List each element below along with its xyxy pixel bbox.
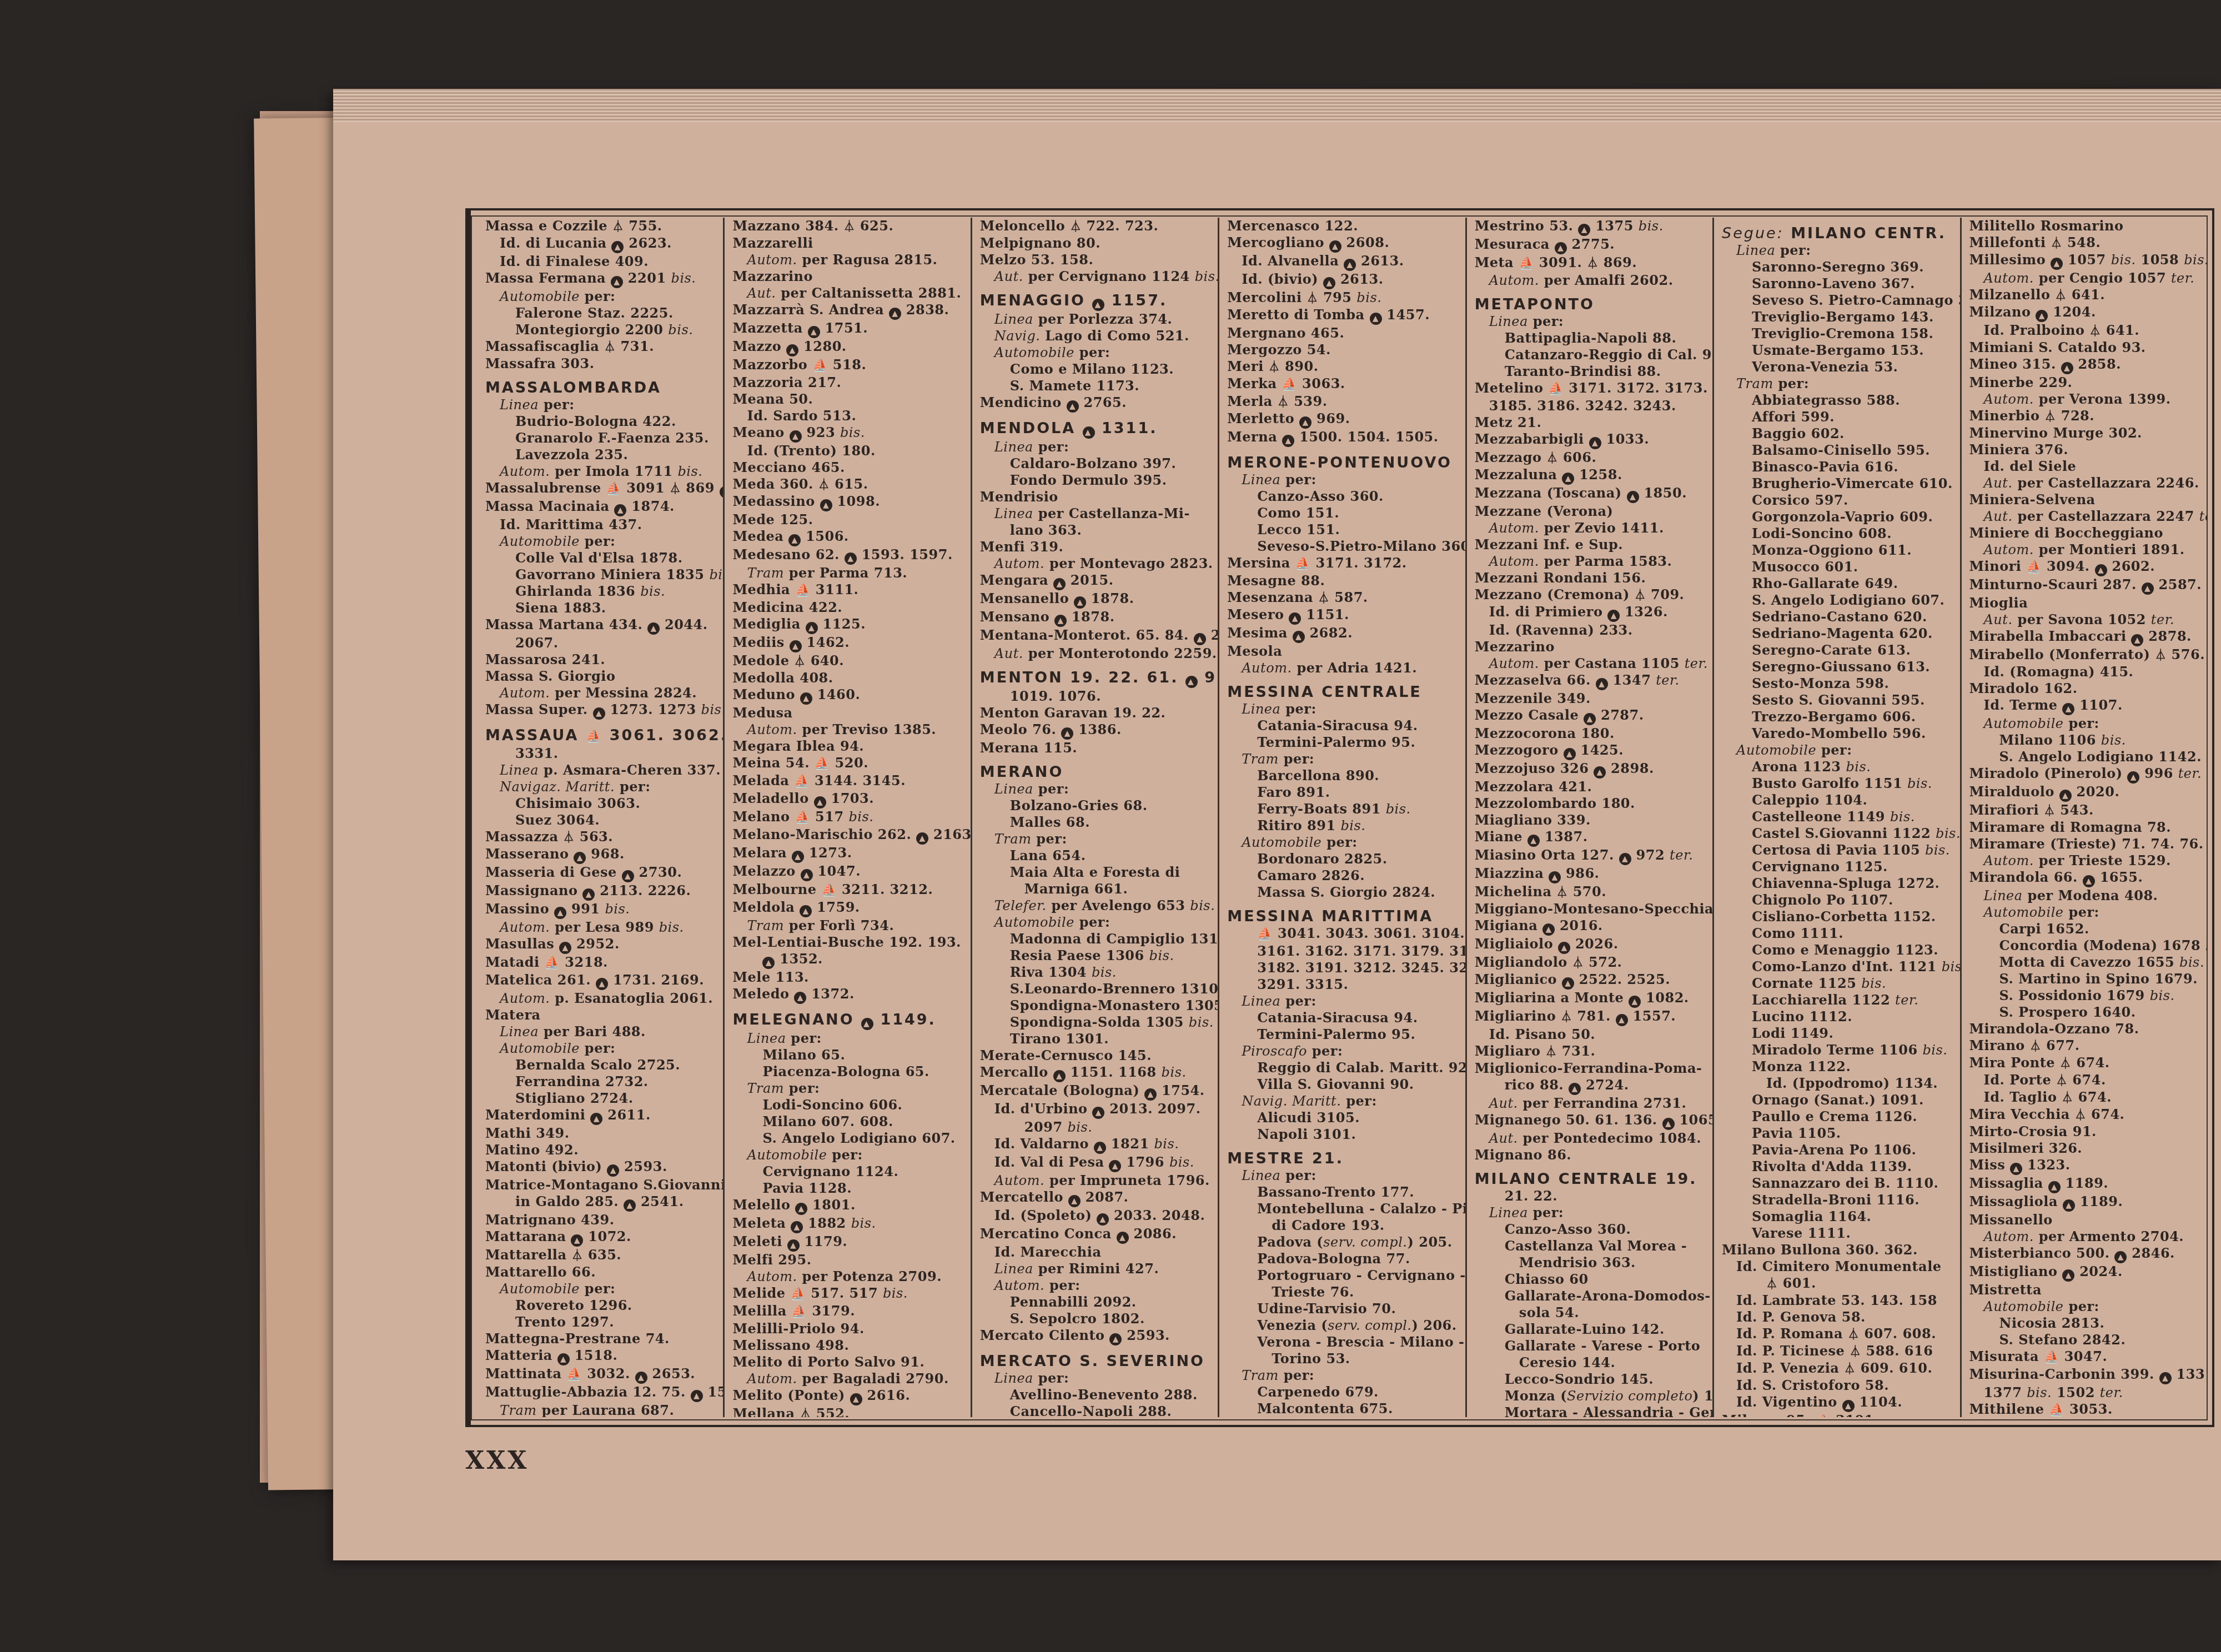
station-sub-entry: Id. Alvanella ▲ 2613. [1227,253,1459,271]
station-detail-line: Baggio 602. [1722,425,1954,442]
italic-label: bis. [1195,269,1220,284]
station-entry: Miss ▲ 1323. [1969,1157,2202,1175]
automobile-service-icon: ▲ [861,1018,873,1030]
tram-service-icon: ⏃ [604,339,616,355]
italic-label: bis. [1190,898,1215,913]
italic-label: Autom. [994,1278,1044,1293]
station-detail-line: Avellino-Benevento 288. [980,1387,1212,1403]
station-entry: Mathi 349. [485,1125,717,1142]
station-sub-entry: Id. di Lucania ▲ 2623. [485,235,717,253]
station-detail-line: Motta di Cavezzo 1655 bis. [1969,954,2202,971]
italic-label: Autom. [994,1173,1044,1188]
italic-label: ter. [1685,656,1708,671]
station-detail-line: Catania-Siracusa 94. [1227,1010,1459,1026]
station-entry: Meloncello ⏃ 722. 723. [980,218,1212,235]
station-entry: Mentana-Monterot. 65. 84. ▲ 2257. [980,627,1212,645]
station-detail-line: Suez 3064. [485,812,717,828]
automobile-service-icon: ▲ [557,1353,570,1365]
station-entry: Matera [485,1007,717,1023]
station-sub-entry: Navig. Lago di Como 521. [980,328,1212,344]
station-entry: Matadi ⛵ 3218. [485,954,717,972]
tram-service-icon: ⏃ [800,1406,811,1417]
station-entry: Medesano 62. ▲ 1593. 1597. [732,546,964,565]
station-entry: Mineo 315. ▲ 2858. [1969,356,2202,374]
station-entry: Migiana ▲ 2016. [1475,917,1707,936]
italic-label: Tram [994,831,1032,847]
station-detail-line: Lacchiarella 1122 ter. [1722,992,1954,1008]
station-entry: Mimiani S. Cataldo 93. [1969,339,2202,356]
station-entry: Massalubrense ⛵ 3091 ⏃ 869 ▲ 2590 [485,480,717,498]
station-entry: Merate-Cernusco 145. [980,1047,1212,1064]
station-detail-line: Spondigna-Solda 1305 bis. [980,1014,1212,1031]
station-sub-entry: Automobile per: [1227,834,1459,851]
automobile-service-icon: ▲ [1549,871,1561,883]
italic-label: bis. [1386,801,1411,817]
station-detail-line: Battipaglia-Napoli 88. [1475,330,1707,347]
station-detail-line: S. Prospero 1640. [1969,1004,2202,1021]
italic-label: bis. [1169,1154,1194,1170]
station-detail-line: Malcontenta 675. [1227,1400,1459,1417]
station-entry: Merka ⛵ 3063. [1227,375,1459,393]
station-continuation-line: Mendrisio 363. [1475,1254,1707,1271]
station-entry: Mithilene ⛵ 3053. [1969,1401,2202,1417]
automobile-service-icon: ▲ [2095,564,2107,576]
station-sub-entry: Aut. per Castellazzara 2246. [1969,475,2202,491]
italic-label: Automobile [1984,716,2064,731]
station-detail-line: Como 1111. [1722,925,1954,942]
station-detail-line: Cancello-Napoli 288. [980,1403,1212,1417]
station-entry: Massazza ⏃ 563. [485,828,717,846]
station-sub-entry: Aut. per Cervignano 1124 bis. [980,268,1212,285]
station-entry: Massino ▲ 991 bis. [485,901,717,919]
station-sub-entry: Linea per: [1227,701,1459,717]
station-sub-entry: Automobile per: [485,1281,717,1297]
automobile-service-icon: ▲ [1555,242,1567,254]
italic-label: Autom. [747,1269,797,1284]
station-detail-line: Catanzaro-Reggio di Cal. 91 [1475,347,1707,363]
station-entry: Mezzarino [1475,639,1707,655]
italic-label: Autom. [500,991,550,1006]
station-sub-entry: Id. Sardo 513. [732,408,964,424]
station-entry: Mezzocorona 180. [1475,725,1707,742]
italic-label: bis. [2184,252,2207,268]
italic-label: Linea [500,1024,539,1040]
station-detail-line: Cervignano 1124. [732,1163,964,1180]
station-entry: Misilmeri 326. [1969,1140,2202,1157]
station-detail-line: Abbiategrasso 588. [1722,392,1954,409]
station-entry: Matino 492. [485,1142,717,1158]
tram-service-icon: ⏃ [1307,290,1319,307]
station-sub-entry: Navigaz. Maritt. per: [485,779,717,795]
boat-service-icon: ⛵ [795,810,810,826]
station-entry: Matelica 261. ▲ 1731. 2169. [485,972,717,990]
station-sub-entry: Automobile per: [1969,1298,2202,1315]
automobile-service-icon: ▲ [792,851,804,863]
italic-label: Aut. [994,269,1023,284]
automobile-service-icon: ▲ [1094,1142,1106,1154]
tram-service-icon: ⏃ [2062,1089,2073,1106]
station-entry: Matonti (bivio) ▲ 2593. [485,1158,717,1177]
station-detail-line: Treviglio-Bergamo 143. [1722,309,1954,325]
tram-service-icon: ⏃ [1844,1360,1856,1377]
station-entry: Michelina ⏃ 570. [1475,883,1707,901]
italic-label: bis. [668,322,693,338]
italic-label: bis. [640,584,665,599]
boat-service-icon: ⛵ [1519,255,1534,272]
italic-label: Linea [1984,888,2023,903]
station-sub-entry: Navig. Maritt. per: [1227,1093,1459,1109]
station-entry: Mercogliano ▲ 2608. [1227,234,1459,253]
station-entry: Miglianico ▲ 2522. 2525. [1475,971,1707,990]
station-entry: Melito di Porto Salvo 91. [732,1354,964,1370]
station-detail-line: Castelleone 1149 bis. [1722,809,1954,825]
italic-label: Aut. [994,646,1023,661]
italic-label: Autom. [1984,853,2034,868]
station-entry: Massafiscaglia ⏃ 731. [485,338,717,355]
italic-label: bis. [1162,1064,1187,1080]
station-entry: Mediglia ▲ 1125. [732,616,964,634]
automobile-service-icon: ▲ [1842,1400,1855,1412]
automobile-service-icon: ▲ [590,1113,602,1125]
station-entry: Meina 54. ⛵ 520. [732,755,964,772]
automobile-service-icon: ▲ [1144,1088,1157,1101]
station-entry: Medole ⏃ 640. [732,652,964,670]
station-detail-line: Brugherio-Vimercate 610. [1722,475,1954,492]
italic-label: bis. [1922,1042,1947,1058]
station-detail-line: Pavia 1128. [732,1180,964,1197]
tram-service-icon: ⏃ [2044,408,2056,425]
station-detail-line: Canzo-Asso 360. [1227,488,1459,505]
station-detail-line: Saronno-Seregno 369. [1722,259,1954,275]
station-sub-entry: Linea per: [980,781,1212,797]
station-entry: Minerbe 229. [1969,374,2202,391]
boat-service-icon: ⛵ [545,955,560,972]
italic-label: Autom. [747,722,797,737]
station-entry: Misterbianco 500. ▲ 2846. [1969,1245,2202,1263]
automobile-service-icon: ▲ [1117,1232,1129,1244]
station-entry: Meana 50. [732,391,964,408]
boat-service-icon: ⛵ [795,583,811,599]
automobile-service-icon: ▲ [1562,977,1574,990]
italic-label: Automobile [994,915,1074,930]
automobile-service-icon: ▲ [2051,258,2063,270]
italic-label: Navigaz. Maritt. [500,779,615,795]
station-detail-line: Ritiro 891 bis. [1227,817,1459,834]
station-entry: Mercolini ⏃ 795 bis. [1227,289,1459,307]
automobile-service-icon: ▲ [1067,400,1079,413]
station-entry: Mezzolara 421. [1475,779,1707,795]
automobile-service-icon: ▲ [614,504,626,516]
station-entry: Mergnano 465. [1227,325,1459,342]
station-entry: Mira Ponte ⏃ 674. [1969,1055,2202,1072]
automobile-service-icon: ▲ [2036,310,2048,322]
automobile-service-icon: ▲ [1299,416,1312,429]
tram-service-icon: ⏃ [1572,955,1584,971]
station-entry: Miralduolo ▲ 2020. [1969,784,2202,802]
tram-service-icon: ⏃ [670,480,681,497]
automobile-service-icon: ▲ [1527,835,1540,847]
boat-service-icon: ⛵ [2044,1349,2059,1366]
automobile-service-icon: ▲ [647,622,660,635]
station-detail-line: Trento 1297. [485,1314,717,1330]
automobile-service-icon: ▲ [790,430,802,443]
station-entry: Minori ⛵ 3094. ▲ 2602. [1969,558,2202,576]
station-entry: Mercenasco 122. [1227,218,1459,234]
station-entry: Mazzorbo ⛵ 518. [732,356,964,374]
station-sub-entry: Id. Pisano 50. [1475,1026,1707,1043]
station-detail-line: Cervignano 1125. [1722,858,1954,875]
italic-label: ter. [1670,847,1693,863]
station-entry: Mergozzo 54. [1227,342,1459,358]
station-entry: Melello ▲ 1801. [732,1197,964,1215]
italic-label: Automobile [500,1041,580,1056]
italic-label: Aut. [1984,509,2013,524]
station-sub-entry: Tram per Laurana 687. [485,1402,717,1417]
italic-label: Autom. [1489,273,1539,288]
station-sub-entry: Id. S. Cristoforo 58. [1722,1377,1954,1394]
station-continuation-line: Torino 53. [1227,1350,1459,1367]
station-detail-line: Alicudi 3105. [1227,1109,1459,1126]
station-sub-entry: Id. di Primiero ▲ 1326. [1475,604,1707,622]
page-stack-edges [333,89,2221,122]
station-entry: Mezzago ⏃ 606. [1475,449,1707,466]
station-detail-line: Ferry-Boats 891 bis. [1227,801,1459,817]
tram-service-icon: ⏃ [1278,394,1289,410]
station-detail-line: Bordonaro 2825. [1227,851,1459,867]
italic-label: Automobile [1984,1299,2064,1314]
automobile-service-icon: ▲ [2010,1163,2022,1175]
italic-label: Tram [747,565,784,581]
station-entry: Miglionico-Ferrandina-Poma- [1475,1060,1707,1077]
station-entry: Missanello [1969,1212,2202,1228]
station-detail-line: Termini-Palermo 95. [1227,1026,1459,1043]
italic-label: Linea [1242,993,1280,1009]
station-entry: Metelino ⛵ 3171. 3172. 3173. [1475,380,1707,398]
station-detail-line: Trezzo-Bergamo 606. [1722,709,1954,725]
station-detail-line: Gorgonzola-Vaprio 609. [1722,509,1954,525]
station-entry: Miradolo 162. [1969,680,2202,697]
automobile-service-icon: ▲ [1619,853,1631,865]
italic-label: Tram [1736,376,1773,391]
automobile-service-icon: ▲ [1564,748,1576,760]
station-entry: Meleti ▲ 1179. [732,1233,964,1252]
station-heading: MERONE-PONTENUOVO [1227,455,1459,471]
automobile-service-icon: ▲ [2063,1199,2075,1212]
station-sub-entry: Linea per: [1722,242,1954,259]
station-detail-line: 21. 22. [1475,1188,1707,1204]
station-sub-entry: Id. Taglio ⏃ 674. [1969,1089,2202,1106]
station-detail-line: Colle Val d'Elsa 1878. [485,550,717,566]
station-detail-line: Siena 1883. [485,600,717,616]
station-entry: Masullas ▲ 2952. [485,936,717,954]
station-sub-entry: Autom. per Bagaladi 2790. [732,1370,964,1387]
station-entry: Mira Vecchia ⏃ 674. [1969,1106,2202,1123]
station-detail-line: Sesto-Monza 598. [1722,675,1954,692]
station-entry: Mellana ⏃ 552. [732,1405,964,1417]
station-entry: Mercatino Conca ▲ 2086. [980,1226,1212,1244]
station-entry: Miniera 376. [1969,441,2202,458]
station-entry: Milzano ▲ 1204. [1969,304,2202,322]
station-detail-line: S. Angelo Lodigiano 607. [1722,592,1954,609]
station-detail-line: Massa S. Giorgio 2824. [1227,884,1459,901]
station-entry: Mignano 86. [1475,1147,1707,1163]
automobile-service-icon: ▲ [1329,240,1341,253]
station-entry: Mattarana ▲ 1072. [485,1228,717,1247]
station-sub-entry: Aut. per Caltanissetta 2881. [732,285,964,302]
station-detail-line: Portogruaro - Cervignano - [1227,1267,1459,1284]
station-detail-line: Rovereto 1296. [485,1297,717,1314]
station-detail-line: Pavia-Arena Po 1106. [1722,1142,1954,1158]
station-detail-line: rico 88. ▲ 2724. [1475,1077,1707,1095]
tram-service-icon: ⏃ [818,476,830,493]
tram-service-icon: ⏃ [1545,1043,1557,1060]
italic-label: bis. [848,809,873,825]
station-detail-line: Termini-Palermo 95. [1227,734,1459,751]
station-sub-entry: Autom. per Messina 2824. [485,685,717,701]
station-detail-line: Monza (Servizio completo) 150 [1475,1388,1707,1404]
station-detail-line: Reggio di Calab. Maritt. 92 [1227,1060,1459,1076]
station-detail-line: Carpi 1652. [1969,921,2202,937]
italic-label: bis. [701,702,725,717]
italic-label: Aut. [1984,612,2013,627]
station-sub-entry: 1377 bis. 1502 ter. [1969,1384,2202,1401]
tram-service-icon: ⏃ [1848,1326,1860,1343]
italic-label: Autom. [500,685,550,701]
italic-label: Piroscafo [1242,1043,1307,1059]
automobile-service-icon: ▲ [795,1203,807,1215]
station-entry: Mattarella ⏃ 635. [485,1247,717,1264]
italic-label: Automobile [500,1281,580,1297]
station-entry: Mattarello 66. [485,1264,717,1281]
station-detail-line: Verona-Venezia 53. [1722,359,1954,375]
automobile-service-icon: ▲ [1562,473,1574,485]
italic-label: Automobile [747,1147,827,1163]
automobile-service-icon: ▲ [611,241,624,253]
station-detail-line: Castellanza Val Morea - [1475,1238,1707,1254]
station-entry: Millefonti ⏃ 548. [1969,234,2202,252]
station-entry: Massa Martana 434. ▲ 2044. [485,616,717,635]
station-sub-entry: Linea per: [1227,471,1459,488]
station-detail-line: Pennabilli 2092. [980,1294,1212,1310]
station-detail-line: Arona 1123 bis. [1722,759,1954,775]
italic-label: Automobile [500,534,580,549]
station-heading: MERANO [980,764,1212,781]
boat-service-icon: ⛵ [1548,381,1564,398]
station-detail-line: 3182. 3191. 3212. 3245. 3289. [1227,960,1459,976]
italic-label: Autom. [747,1371,797,1387]
automobile-service-icon: ▲ [611,276,623,288]
automobile-service-icon: ▲ [1185,676,1198,688]
station-detail-line: Barcellona 890. [1227,767,1459,784]
boat-service-icon: ⛵ [1295,556,1311,573]
station-detail-line: Sedriano-Castano 620. [1722,609,1954,625]
station-heading: MESSINA MARITTIMA [1227,908,1459,925]
station-sub-entry: Tram per: [732,1080,964,1097]
station-entry: Melano-Marischio 262. ▲ 2163 [732,826,964,845]
station-detail-line: Somaglia 1164. [1722,1208,1954,1225]
station-entry: Mezzaselva 66. ▲ 1347 ter. [1475,672,1707,690]
station-detail-line: Lodi-Soncino 608. [1722,525,1954,542]
station-detail-line: Gavorrano Miniera 1835 bis [485,566,717,583]
station-entry: Mezzaluna ▲ 1258. [1475,466,1707,485]
station-detail-line: Piacenza-Bologna 65. [732,1063,964,1080]
station-sub-entry: Id. (Romagna) 415. [1969,664,2202,680]
boat-service-icon: ⛵ [790,1286,806,1303]
station-detail-line: Chisimaio 3063. [485,795,717,812]
station-detail-line: Chiasso 60 [1475,1271,1707,1288]
station-sub-entry: Tram per: [1227,751,1459,767]
station-entry: Merana 115. [980,740,1212,756]
station-continuation-line: di Cadore 193. [1227,1217,1459,1234]
station-entry: Mediis ▲ 1462. [732,634,964,652]
italic-label: Telefer. [994,898,1047,913]
station-entry: Merla ⏃ 539. [1227,393,1459,410]
station-entry: Miazzina ▲ 986. [1475,865,1707,883]
italic-label: bis. [2179,955,2204,970]
station-entry: Mendicino ▲ 2765. [980,394,1212,413]
italic-label: Segue: [1722,225,1784,242]
station-detail-line: ⛵ 3041. 3043. 3061. 3104. [1227,925,1459,943]
station-entry: Mistretta [1969,1282,2202,1298]
automobile-service-icon: ▲ [1607,610,1620,622]
tram-service-icon: ⏃ [2055,287,2067,304]
station-detail-line: Rho-Gallarate 649. [1722,575,1954,592]
automobile-service-icon: ▲ [1662,1118,1675,1130]
automobile-service-icon: ▲ [1109,1160,1121,1172]
station-sub-entry: Linea per Bari 488. [485,1023,717,1040]
station-entry: Miane ▲ 1387. [1475,828,1707,847]
station-entry: Massa Fermana ▲ 2201 bis. [485,270,717,288]
station-detail-line: Seveso S. Pietro-Camnago 368 [1722,292,1954,309]
italic-label: bis. [605,901,630,917]
station-entry: Menfi 319. [980,539,1212,555]
italic-label: bis. [2111,252,2136,268]
index-column-7: Militello RosmarinoMillefonti ⏃ 548.Mill… [1962,218,2207,1417]
station-entry: Misurina-Carbonin 399. ▲ 1331 bis [1969,1366,2202,1384]
station-detail-line: Lana 654. [980,847,1212,864]
station-entry: Mezzenile 349. [1475,690,1707,707]
station-detail-line: Como e Menaggio 1123. [1722,942,1954,958]
station-sub-entry: Id. Val di Pesa ▲ 1796 bis. [980,1154,1212,1172]
station-entry: Misurata ⛵ 3047. [1969,1348,2202,1366]
station-detail-line: Sesto S. Giovanni 595. [1722,692,1954,709]
station-heading: MESSINA CENTRALE [1227,684,1459,701]
station-entry: Mel-Lentiai-Busche 192. 193. [732,934,964,951]
station-entry: Merna ▲ 1500. 1504. 1505. [1227,429,1459,447]
italic-label: Linea [1242,472,1280,488]
automobile-service-icon: ▲ [1370,313,1382,325]
tram-service-icon: ⏃ [1070,218,1082,235]
station-entry: Mistigliano ▲ 2024. [1969,1263,2202,1282]
station-detail-line: Budrio-Bologna 422. [485,413,717,430]
italic-label: bis. [1861,976,1886,991]
automobile-service-icon: ▲ [788,534,801,546]
boat-service-icon: ⛵ [1257,926,1273,943]
station-sub-entry: Id. (Ravenna) 233. [1475,622,1707,639]
italic-label: bis. [1092,965,1117,980]
italic-label: bis. [1936,826,1961,841]
station-detail-line: 3161. 3162. 3171. 3179. 3181. [1227,943,1459,960]
tram-service-icon: ⏃ [1556,884,1568,901]
italic-label: serv. compl. [1323,1234,1407,1250]
italic-label: bis. [1154,1136,1179,1152]
italic-label: bis. [1356,290,1381,305]
station-entry: Miagliano 339. [1475,812,1707,828]
station-sub-entry: Autom. per Potenza 2709. [732,1268,964,1285]
station-entry: Mattuglie-Abbazia 12. 75. ▲ 1518. [485,1384,717,1402]
station-detail-line: Stigliano 2724. [485,1090,717,1107]
station-entry: Migliarino ⏃ 781. ▲ 1557. [1475,1008,1707,1026]
